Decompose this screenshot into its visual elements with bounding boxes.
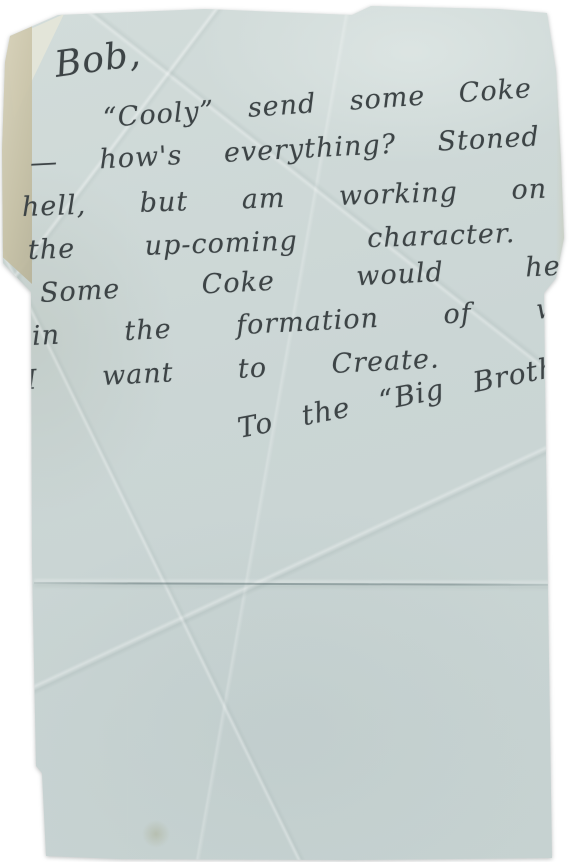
horizontal-fold-crease	[34, 582, 556, 586]
letter-paper-wrapper: Bob, “Cooly” send some Coke — how's ever…	[0, 0, 570, 862]
photo-background: Bob, “Cooly” send some Coke — how's ever…	[0, 0, 570, 862]
letter-paper: Bob, “Cooly” send some Coke — how's ever…	[0, 0, 570, 862]
salutation-line: Bob,	[52, 33, 143, 86]
letter-line: hell, but am working on	[21, 174, 547, 223]
